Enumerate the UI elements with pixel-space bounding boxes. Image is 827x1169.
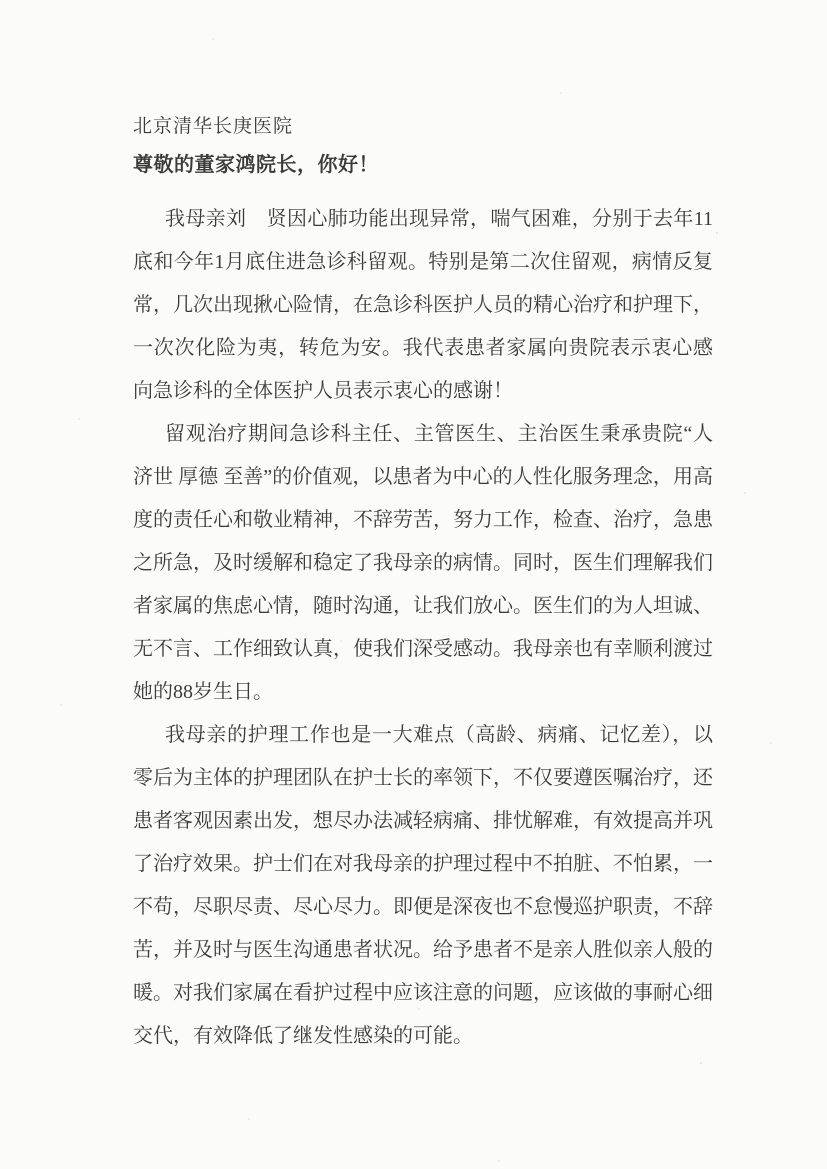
paragraph-3-line-6: 苦，并及时与医生沟通患者状况。给予患者不是亲人胜似亲人般的温: [133, 929, 713, 972]
paragraph-1-line-5: 向急诊科的全体医护人员表示衷心的感谢！: [133, 370, 713, 413]
paragraph-1-line-2: 底和今年1月底住进急诊科留观。特别是第二次住留观，病情反复无: [133, 241, 713, 284]
paragraph-2-line-1: 留观治疗期间急诊科主任、主管医生、主治医生秉承贵院“人本: [133, 413, 713, 456]
paragraph-3-line-1: 我母亲的护理工作也是一大难点（高龄、病痛、记忆差），以九: [133, 714, 713, 757]
letter-body: 我母亲刘 贤因心肺功能出现异常，喘气困难，分别于去年11月 底和今年1月底住进急…: [133, 198, 713, 1058]
paragraph-3-line-5: 不苟，尽职尽责、尽心尽力。即便是深夜也不怠慢巡护职责，不辞辛: [133, 886, 713, 929]
scanned-letter-page: 北京清华长庚医院 尊敬的董家鸿院长，你好！ 我母亲刘 贤因心肺功能出现异常，喘气…: [0, 0, 827, 1169]
paragraph-1-line-1: 我母亲刘 贤因心肺功能出现异常，喘气困难，分别于去年11月: [133, 198, 713, 241]
paragraph-2-line-3: 度的责任心和敬业精神，不辞劳苦，努力工作，检查、治疗，急患者: [133, 499, 713, 542]
paragraph-3-line-4: 了治疗效果。护士们在对我母亲的护理过程中不拍脏、不怕累，一丝: [133, 843, 713, 886]
scan-speckles: [0, 0, 2, 2]
paragraph-1-line-3: 常，几次出现揪心险情，在急诊科医护人员的精心治疗和护理下，又: [133, 284, 713, 327]
paragraph-2-line-4: 之所急，及时缓解和稳定了我母亲的病情。同时，医生们理解我们患: [133, 542, 713, 585]
paragraph-2-line-2: 济世 厚德 至善”的价值观，以患者为中心的人性化服务理念，用高: [133, 456, 713, 499]
salutation-line: 尊敬的董家鸿院长，你好！: [133, 155, 379, 175]
recipient-line: 北京清华长庚医院: [133, 117, 293, 136]
paragraph-1-line-4: 一次次化险为夷，转危为安。我代表患者家属向贵院表示衷心感谢！: [133, 327, 713, 370]
paragraph-3-line-7: 暖。对我们家属在看护过程中应该注意的问题，应该做的事耐心细致: [133, 972, 713, 1015]
paragraph-3-line-8: 交代，有效降低了继发性感染的可能。: [133, 1015, 713, 1058]
paragraph-2-line-5: 者家属的焦虑心情，随时沟通，让我们放心。医生们的为人坦诚、知: [133, 585, 713, 628]
paragraph-3-line-3: 患者客观因素出发，想尽办法减轻病痛、排忧解难，有效提高并巩固: [133, 800, 713, 843]
paragraph-2-line-6: 无不言、工作细致认真，使我们深受感动。我母亲也有幸顺利渡过了: [133, 628, 713, 671]
paragraph-3-line-2: 零后为主体的护理团队在护士长的率领下，不仅要遵医嘱治疗，还从: [133, 757, 713, 800]
paragraph-2-line-7: 她的88岁生日。: [133, 671, 713, 714]
